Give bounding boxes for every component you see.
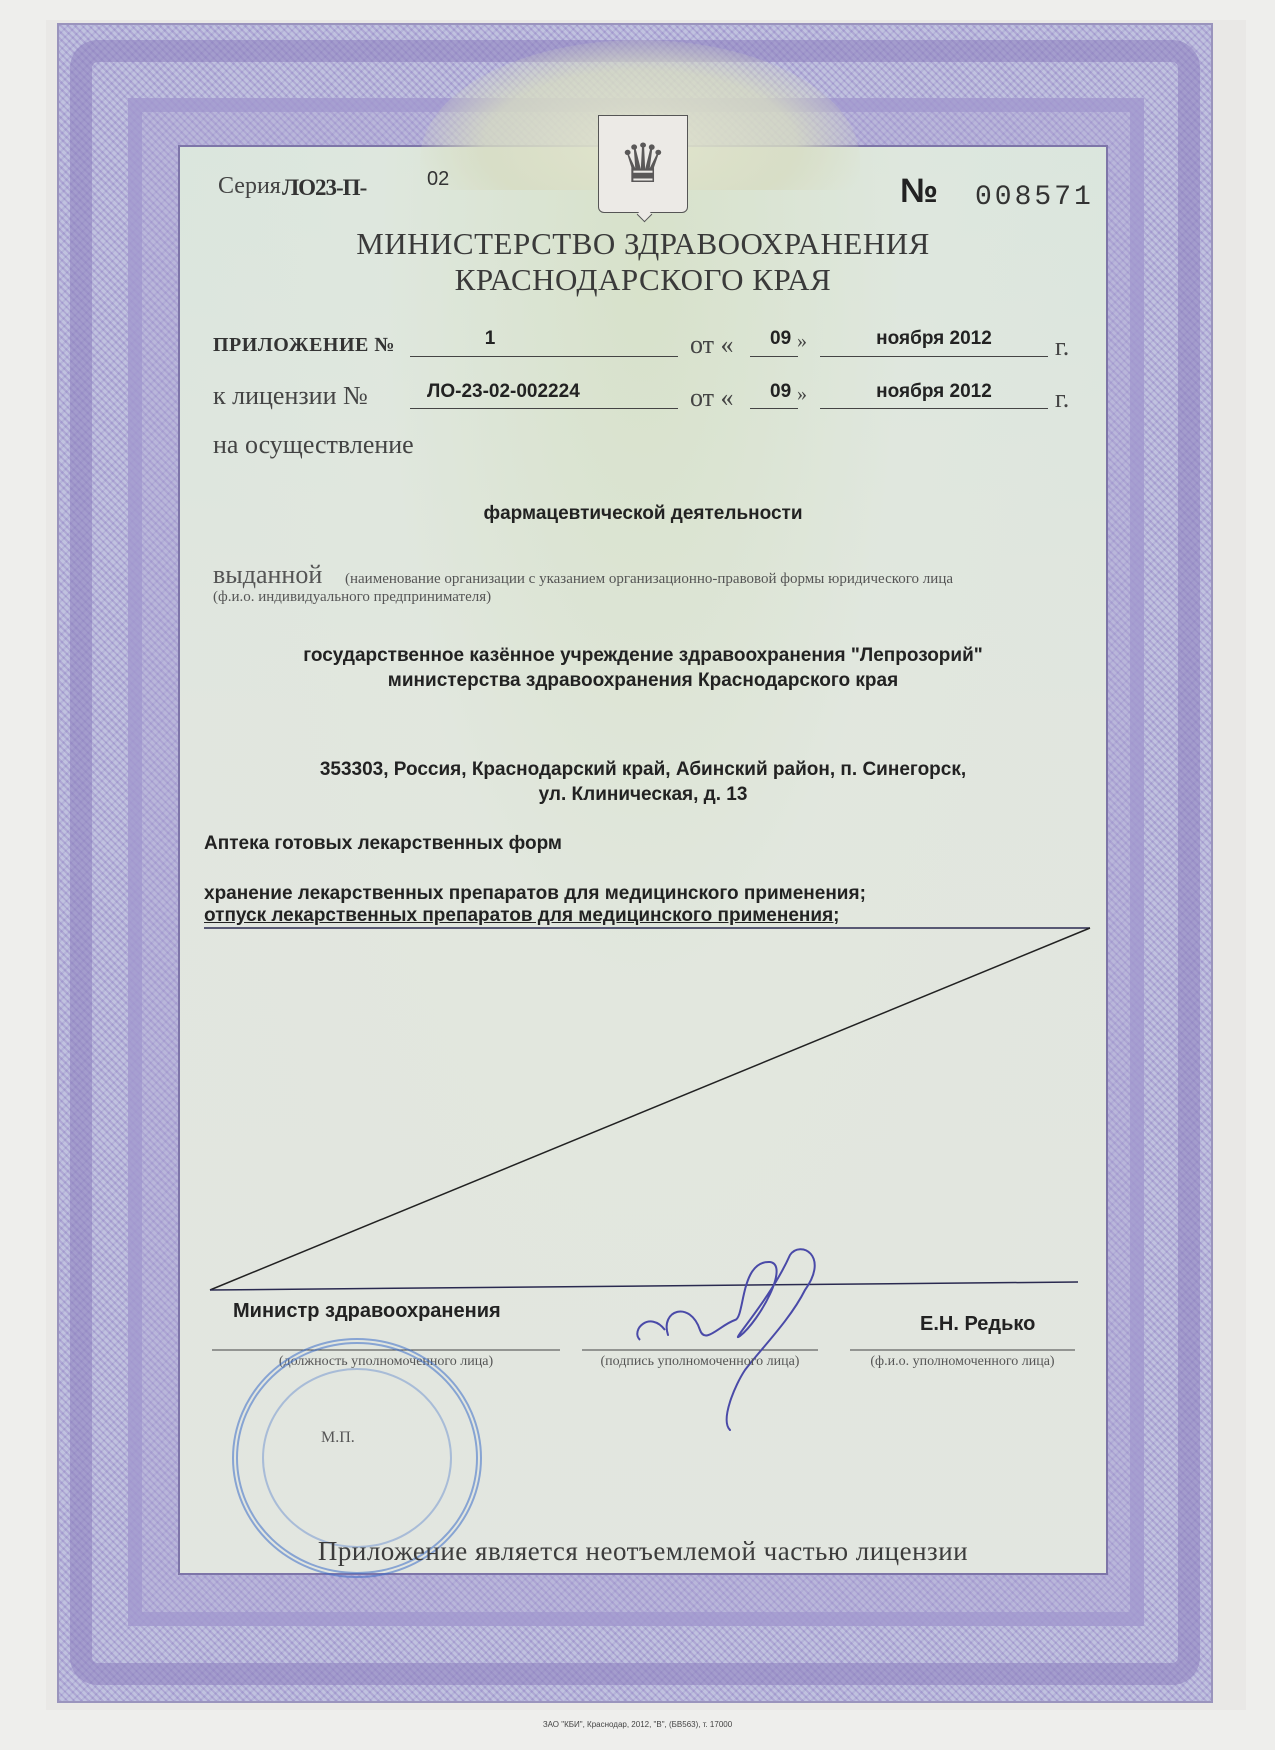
operation-item: хранение лекарственных препаратов для ме…: [204, 883, 866, 905]
license-number-underline: [410, 408, 678, 409]
operation-item: отпуск лекарственных препаратов для меди…: [204, 905, 839, 927]
license-from-label: от «: [690, 383, 734, 413]
license-number: ЛО-23-02-002224: [427, 381, 580, 403]
license-year-suffix: г.: [1055, 384, 1069, 414]
license-day: 09: [770, 381, 791, 403]
signatory-position: Министр здравоохранения: [233, 1300, 501, 1323]
organization-line-2: министерства здравоохранения Краснодарск…: [178, 668, 1108, 693]
issued-to-label: выданной: [213, 560, 322, 590]
appendix-day-close: »: [797, 330, 807, 353]
address-line-2: ул. Клиническая, д. 13: [178, 782, 1108, 807]
license-day-underline: [750, 408, 798, 409]
organization-line-1: государственное казённое учреждение здра…: [178, 643, 1108, 668]
appendix-integral-part-note: Приложение является неотъемлемой частью …: [178, 1536, 1108, 1567]
printer-imprint: ЗАО "КБИ", Краснодар, 2012, "В", (БВ563)…: [0, 1720, 1275, 1729]
appendix-year-suffix: г.: [1055, 332, 1069, 362]
issuer-line-1: МИНИСТЕРСТВО ЗДРАВООХРАНЕНИЯ: [178, 226, 1108, 262]
russian-coat-of-arms-icon: ♛: [598, 115, 688, 213]
double-headed-eagle-icon: ♛: [619, 137, 667, 191]
seal-place-label: М.П.: [321, 1429, 355, 1447]
appendix-day: 09: [770, 328, 791, 350]
address-line-1: 353303, Россия, Краснодарский край, Абин…: [178, 757, 1108, 782]
issued-to-note-1: (наименование организации с указанием ор…: [345, 571, 953, 588]
series-label: Серия: [218, 173, 281, 200]
license-label: к лицензии №: [213, 381, 368, 411]
appendix-day-underline: [750, 356, 798, 357]
license-month-year: ноября 2012: [820, 381, 1048, 403]
activity-type: фармацевтической деятельности: [178, 503, 1108, 525]
activity-label: на осуществление: [213, 430, 414, 460]
facility-type: Аптека готовых лекарственных форм: [204, 833, 562, 855]
official-seal-inner-ring: [262, 1368, 452, 1548]
signatory-name: Е.Н. Редько: [920, 1313, 1035, 1336]
appendix-number-underline: [410, 356, 678, 357]
caption-signature: (подпись уполномоченного лица): [582, 1354, 818, 1370]
appendix-month-underline: [820, 356, 1048, 357]
appendix-from-label: от «: [690, 330, 734, 360]
number-sign: №: [900, 172, 938, 211]
license-month-underline: [820, 408, 1048, 409]
series-code: ЛО23-П-: [282, 175, 366, 201]
issuer-line-2: КРАСНОДАРСКОГО КРАЯ: [178, 262, 1108, 298]
appendix-number: 1: [410, 328, 570, 350]
issued-to-note-2: (ф.и.о. индивидуального предпринимателя): [213, 589, 491, 606]
license-day-close: »: [797, 383, 807, 406]
form-number: 008571: [975, 182, 1094, 213]
appendix-label: ПРИЛОЖЕНИЕ №: [213, 334, 395, 357]
appendix-month-year: ноября 2012: [820, 328, 1048, 350]
series-suffix: 02: [427, 168, 449, 191]
caption-name: (ф.и.о. уполномоченного лица): [850, 1354, 1075, 1370]
